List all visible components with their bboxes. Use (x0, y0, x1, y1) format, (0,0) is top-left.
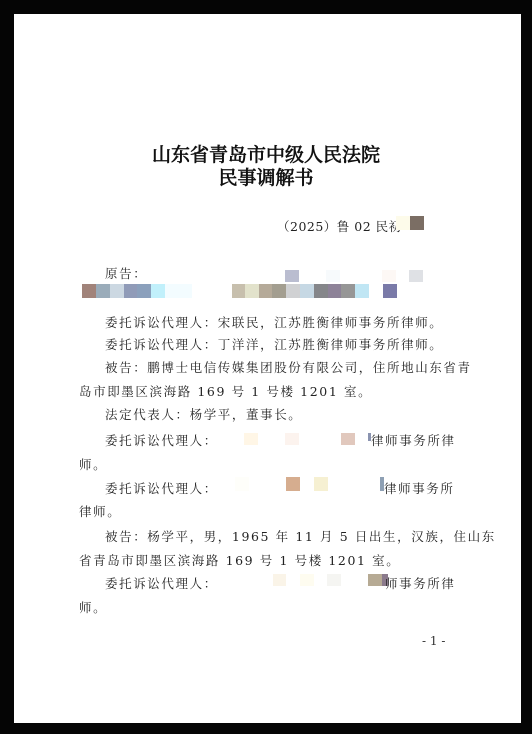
defendant-company-line-1: 被告：鹏博士电信传媒集团股份有限公司，住所地山东省青 (105, 358, 472, 376)
redacted-defendant-agent-3 (273, 574, 393, 588)
redacted-defendant-agent-2 (235, 477, 385, 491)
defendant-agent-2-prefix: 委托诉讼代理人： (105, 479, 218, 497)
defendant-individual-line-2: 省青岛市即墨区滨海路 169 号 1 号楼 1201 室。 (79, 551, 400, 569)
defendant-agent-2-suffix: 律师事务所 (384, 479, 455, 497)
plaintiff-line: 原告： (105, 264, 147, 282)
redacted-defendant-agent-1 (244, 433, 370, 447)
defendant-agent-2-line-2: 律师。 (79, 502, 121, 520)
legal-representative: 法定代表人：杨学平，董事长。 (105, 405, 302, 423)
defendant-agent-1-line-2: 师。 (79, 455, 107, 473)
redacted-case-number (396, 216, 428, 230)
plaintiff-agent-1: 委托诉讼代理人：宋联民，江苏胜衡律师事务所律师。 (105, 313, 443, 331)
defendant-agent-1-prefix: 委托诉讼代理人： (105, 431, 218, 449)
defendant-agent-3-suffix: 师事务所律 (385, 574, 456, 592)
plaintiff-agent-2: 委托诉讼代理人：丁洋洋，江苏胜衡律师事务所律师。 (105, 335, 443, 353)
defendant-agent-3-line-2: 师。 (79, 598, 107, 616)
redacted-plaintiff-upper (285, 270, 425, 284)
page-number: - 1 - (422, 634, 445, 648)
defendant-agent-3-prefix: 委托诉讼代理人： (105, 574, 218, 592)
defendant-company-line-2: 岛市即墨区滨海路 169 号 1 号楼 1201 室。 (79, 382, 372, 400)
document-type-heading: 民事调解书 (0, 163, 532, 190)
defendant-agent-1-suffix: 律师事务所律 (371, 431, 456, 449)
defendant-individual-line-1: 被告：杨学平，男，1965 年 11 月 5 日出生，汉族，住山东 (105, 527, 496, 545)
redacted-plaintiff-info (82, 284, 402, 298)
case-number-text: （2025）鲁 02 民初 (277, 219, 402, 234)
case-number: （2025）鲁 02 民初 (277, 217, 402, 235)
